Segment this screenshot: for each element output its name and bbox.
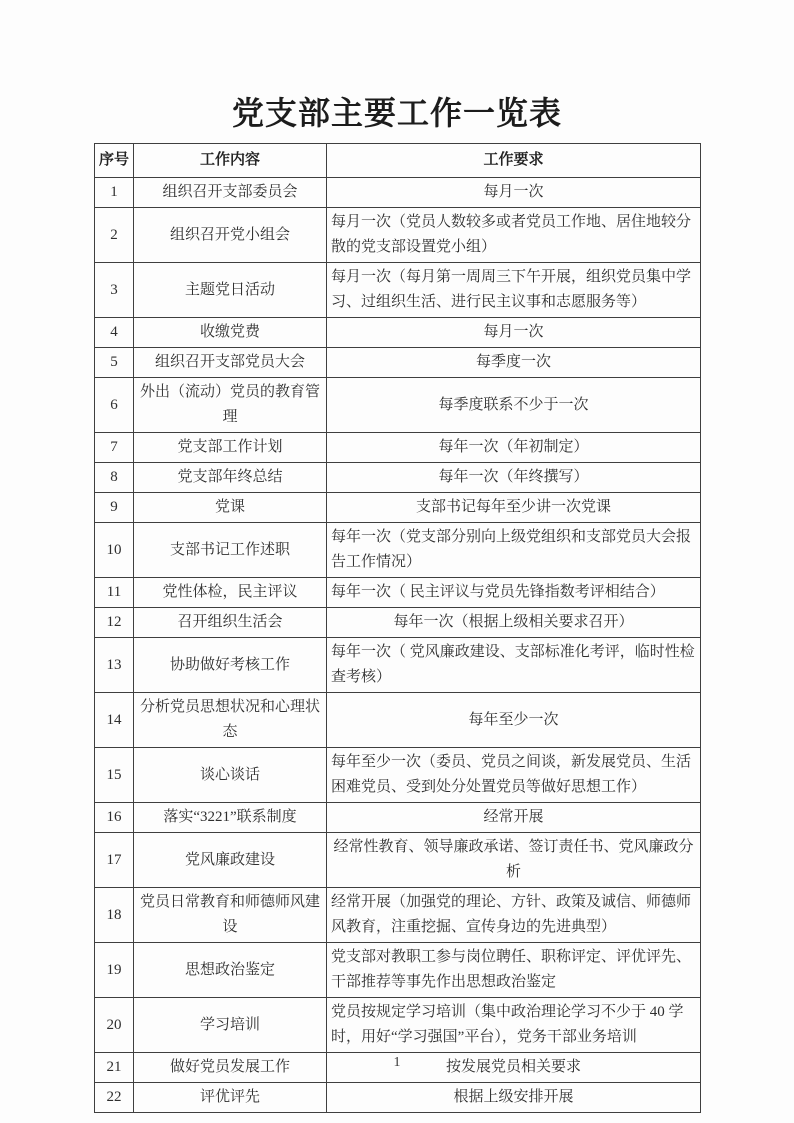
work-requirement-cell: 支部书记每年至少讲一次党课 [327,493,701,523]
work-overview-table: 序号 工作内容 工作要求 1 组织召开支部委员会 每月一次 2 组织召开党小组会… [94,143,701,1113]
work-content-cell: 组织召开党小组会 [134,208,327,263]
row-number-cell: 13 [95,638,134,693]
row-number-cell: 3 [95,263,134,318]
work-content-cell: 分析党员思想状况和心理状态 [134,693,327,748]
page-number: 1 [0,1055,794,1071]
table-row: 6 外出（流动）党员的教育管理 每季度联系不少于一次 [95,378,701,433]
row-number-cell: 9 [95,493,134,523]
table-header: 序号 工作内容 工作要求 [95,144,701,178]
work-requirement-cell: 每月一次（每月第一周周三下午开展，组织党员集中学习、过组织生活、进行民主议事和志… [327,263,701,318]
table-row: 8 党支部年终总结 每年一次（年终撰写） [95,463,701,493]
work-requirement-cell: 每年至少一次（委员、党员之间谈，新发展党员、生活困难党员、受到处分处置党员等做好… [327,748,701,803]
row-number-cell: 19 [95,943,134,998]
row-number-cell: 11 [95,578,134,608]
table-row: 14 分析党员思想状况和心理状态 每年至少一次 [95,693,701,748]
table-row: 16 落实“3221”联系制度 经常开展 [95,803,701,833]
work-content-cell: 协助做好考核工作 [134,638,327,693]
work-content-cell: 评优评先 [134,1083,327,1113]
table-row: 13 协助做好考核工作 每年一次（ 党风廉政建设、支部标准化考评，临时性检查考核… [95,638,701,693]
work-content-cell: 组织召开支部党员大会 [134,348,327,378]
row-number-cell: 2 [95,208,134,263]
row-number-cell: 17 [95,833,134,888]
work-content-cell: 落实“3221”联系制度 [134,803,327,833]
work-content-cell: 组织召开支部委员会 [134,178,327,208]
work-requirement-cell: 经常开展 [327,803,701,833]
table-row: 3 主题党日活动 每月一次（每月第一周周三下午开展，组织党员集中学习、过组织生活… [95,263,701,318]
work-requirement-cell: 每年一次（年初制定） [327,433,701,463]
page-title: 党支部主要工作一览表 [0,88,794,134]
header-row: 序号 工作内容 工作要求 [95,144,701,178]
work-requirement-cell: 每年一次（党支部分别向上级党组织和支部党员大会报告工作情况） [327,523,701,578]
table-row: 19 思想政治鉴定 党支部对教职工参与岗位聘任、职称评定、评优评先、干部推荐等事… [95,943,701,998]
col-header-requirement: 工作要求 [327,144,701,178]
work-content-cell: 党性体检，民主评议 [134,578,327,608]
work-content-cell: 党员日常教育和师德师风建设 [134,888,327,943]
work-content-cell: 主题党日活动 [134,263,327,318]
work-requirement-cell: 党支部对教职工参与岗位聘任、职称评定、评优评先、干部推荐等事先作出思想政治鉴定 [327,943,701,998]
work-content-cell: 党课 [134,493,327,523]
work-content-cell: 收缴党费 [134,318,327,348]
work-requirement-cell: 根据上级安排开展 [327,1083,701,1113]
row-number-cell: 12 [95,608,134,638]
work-content-cell: 外出（流动）党员的教育管理 [134,378,327,433]
row-number-cell: 22 [95,1083,134,1113]
work-requirement-cell: 每年一次（根据上级相关要求召开） [327,608,701,638]
work-content-cell: 党支部年终总结 [134,463,327,493]
row-number-cell: 15 [95,748,134,803]
col-header-no: 序号 [95,144,134,178]
table-row: 4 收缴党费 每月一次 [95,318,701,348]
work-content-cell: 党支部工作计划 [134,433,327,463]
table-row: 11 党性体检，民主评议 每年一次（ 民主评议与党员先锋指数考评相结合） [95,578,701,608]
work-requirement-cell: 每年一次（年终撰写） [327,463,701,493]
work-requirement-cell: 经常性教育、领导廉政承诺、签订责任书、党风廉政分析 [327,833,701,888]
row-number-cell: 6 [95,378,134,433]
row-number-cell: 5 [95,348,134,378]
work-requirement-cell: 每年一次（ 民主评议与党员先锋指数考评相结合） [327,578,701,608]
work-requirement-cell: 每月一次（党员人数较多或者党员工作地、居住地较分散的党支部设置党小组） [327,208,701,263]
table-row: 5 组织召开支部党员大会 每季度一次 [95,348,701,378]
work-requirement-cell: 每月一次 [327,318,701,348]
table-row: 12 召开组织生活会 每年一次（根据上级相关要求召开） [95,608,701,638]
row-number-cell: 1 [95,178,134,208]
col-header-content: 工作内容 [134,144,327,178]
work-requirement-cell: 经常开展（加强党的理论、方针、政策及诚信、师德师风教育，注重挖掘、宣传身边的先进… [327,888,701,943]
work-requirement-cell: 党员按规定学习培训（集中政治理论学习不少于 40 学时，用好“学习强国”平台），… [327,998,701,1053]
row-number-cell: 14 [95,693,134,748]
table-row: 1 组织召开支部委员会 每月一次 [95,178,701,208]
work-requirement-cell: 每年一次（ 党风廉政建设、支部标准化考评，临时性检查考核） [327,638,701,693]
document-page: 党支部主要工作一览表 序号 工作内容 工作要求 1 组织召开支部委员会 每月一次… [0,0,794,1123]
row-number-cell: 20 [95,998,134,1053]
work-requirement-cell: 每月一次 [327,178,701,208]
row-number-cell: 10 [95,523,134,578]
work-requirement-cell: 每季度一次 [327,348,701,378]
work-content-cell: 召开组织生活会 [134,608,327,638]
work-content-cell: 思想政治鉴定 [134,943,327,998]
row-number-cell: 8 [95,463,134,493]
table-row: 10 支部书记工作述职 每年一次（党支部分别向上级党组织和支部党员大会报告工作情… [95,523,701,578]
row-number-cell: 4 [95,318,134,348]
table-row: 9 党课 支部书记每年至少讲一次党课 [95,493,701,523]
work-content-cell: 党风廉政建设 [134,833,327,888]
row-number-cell: 7 [95,433,134,463]
work-content-cell: 学习培训 [134,998,327,1053]
table-row: 15 谈心谈话 每年至少一次（委员、党员之间谈，新发展党员、生活困难党员、受到处… [95,748,701,803]
table-row: 20 学习培训 党员按规定学习培训（集中政治理论学习不少于 40 学时，用好“学… [95,998,701,1053]
work-requirement-cell: 每年至少一次 [327,693,701,748]
table-row: 2 组织召开党小组会 每月一次（党员人数较多或者党员工作地、居住地较分散的党支部… [95,208,701,263]
work-content-cell: 支部书记工作述职 [134,523,327,578]
row-number-cell: 16 [95,803,134,833]
table-row: 7 党支部工作计划 每年一次（年初制定） [95,433,701,463]
table-row: 17 党风廉政建设 经常性教育、领导廉政承诺、签订责任书、党风廉政分析 [95,833,701,888]
row-number-cell: 18 [95,888,134,943]
table-row: 22 评优评先 根据上级安排开展 [95,1083,701,1113]
table-body: 1 组织召开支部委员会 每月一次 2 组织召开党小组会 每月一次（党员人数较多或… [95,178,701,1113]
work-requirement-cell: 每季度联系不少于一次 [327,378,701,433]
work-content-cell: 谈心谈话 [134,748,327,803]
table-row: 18 党员日常教育和师德师风建设 经常开展（加强党的理论、方针、政策及诚信、师德… [95,888,701,943]
